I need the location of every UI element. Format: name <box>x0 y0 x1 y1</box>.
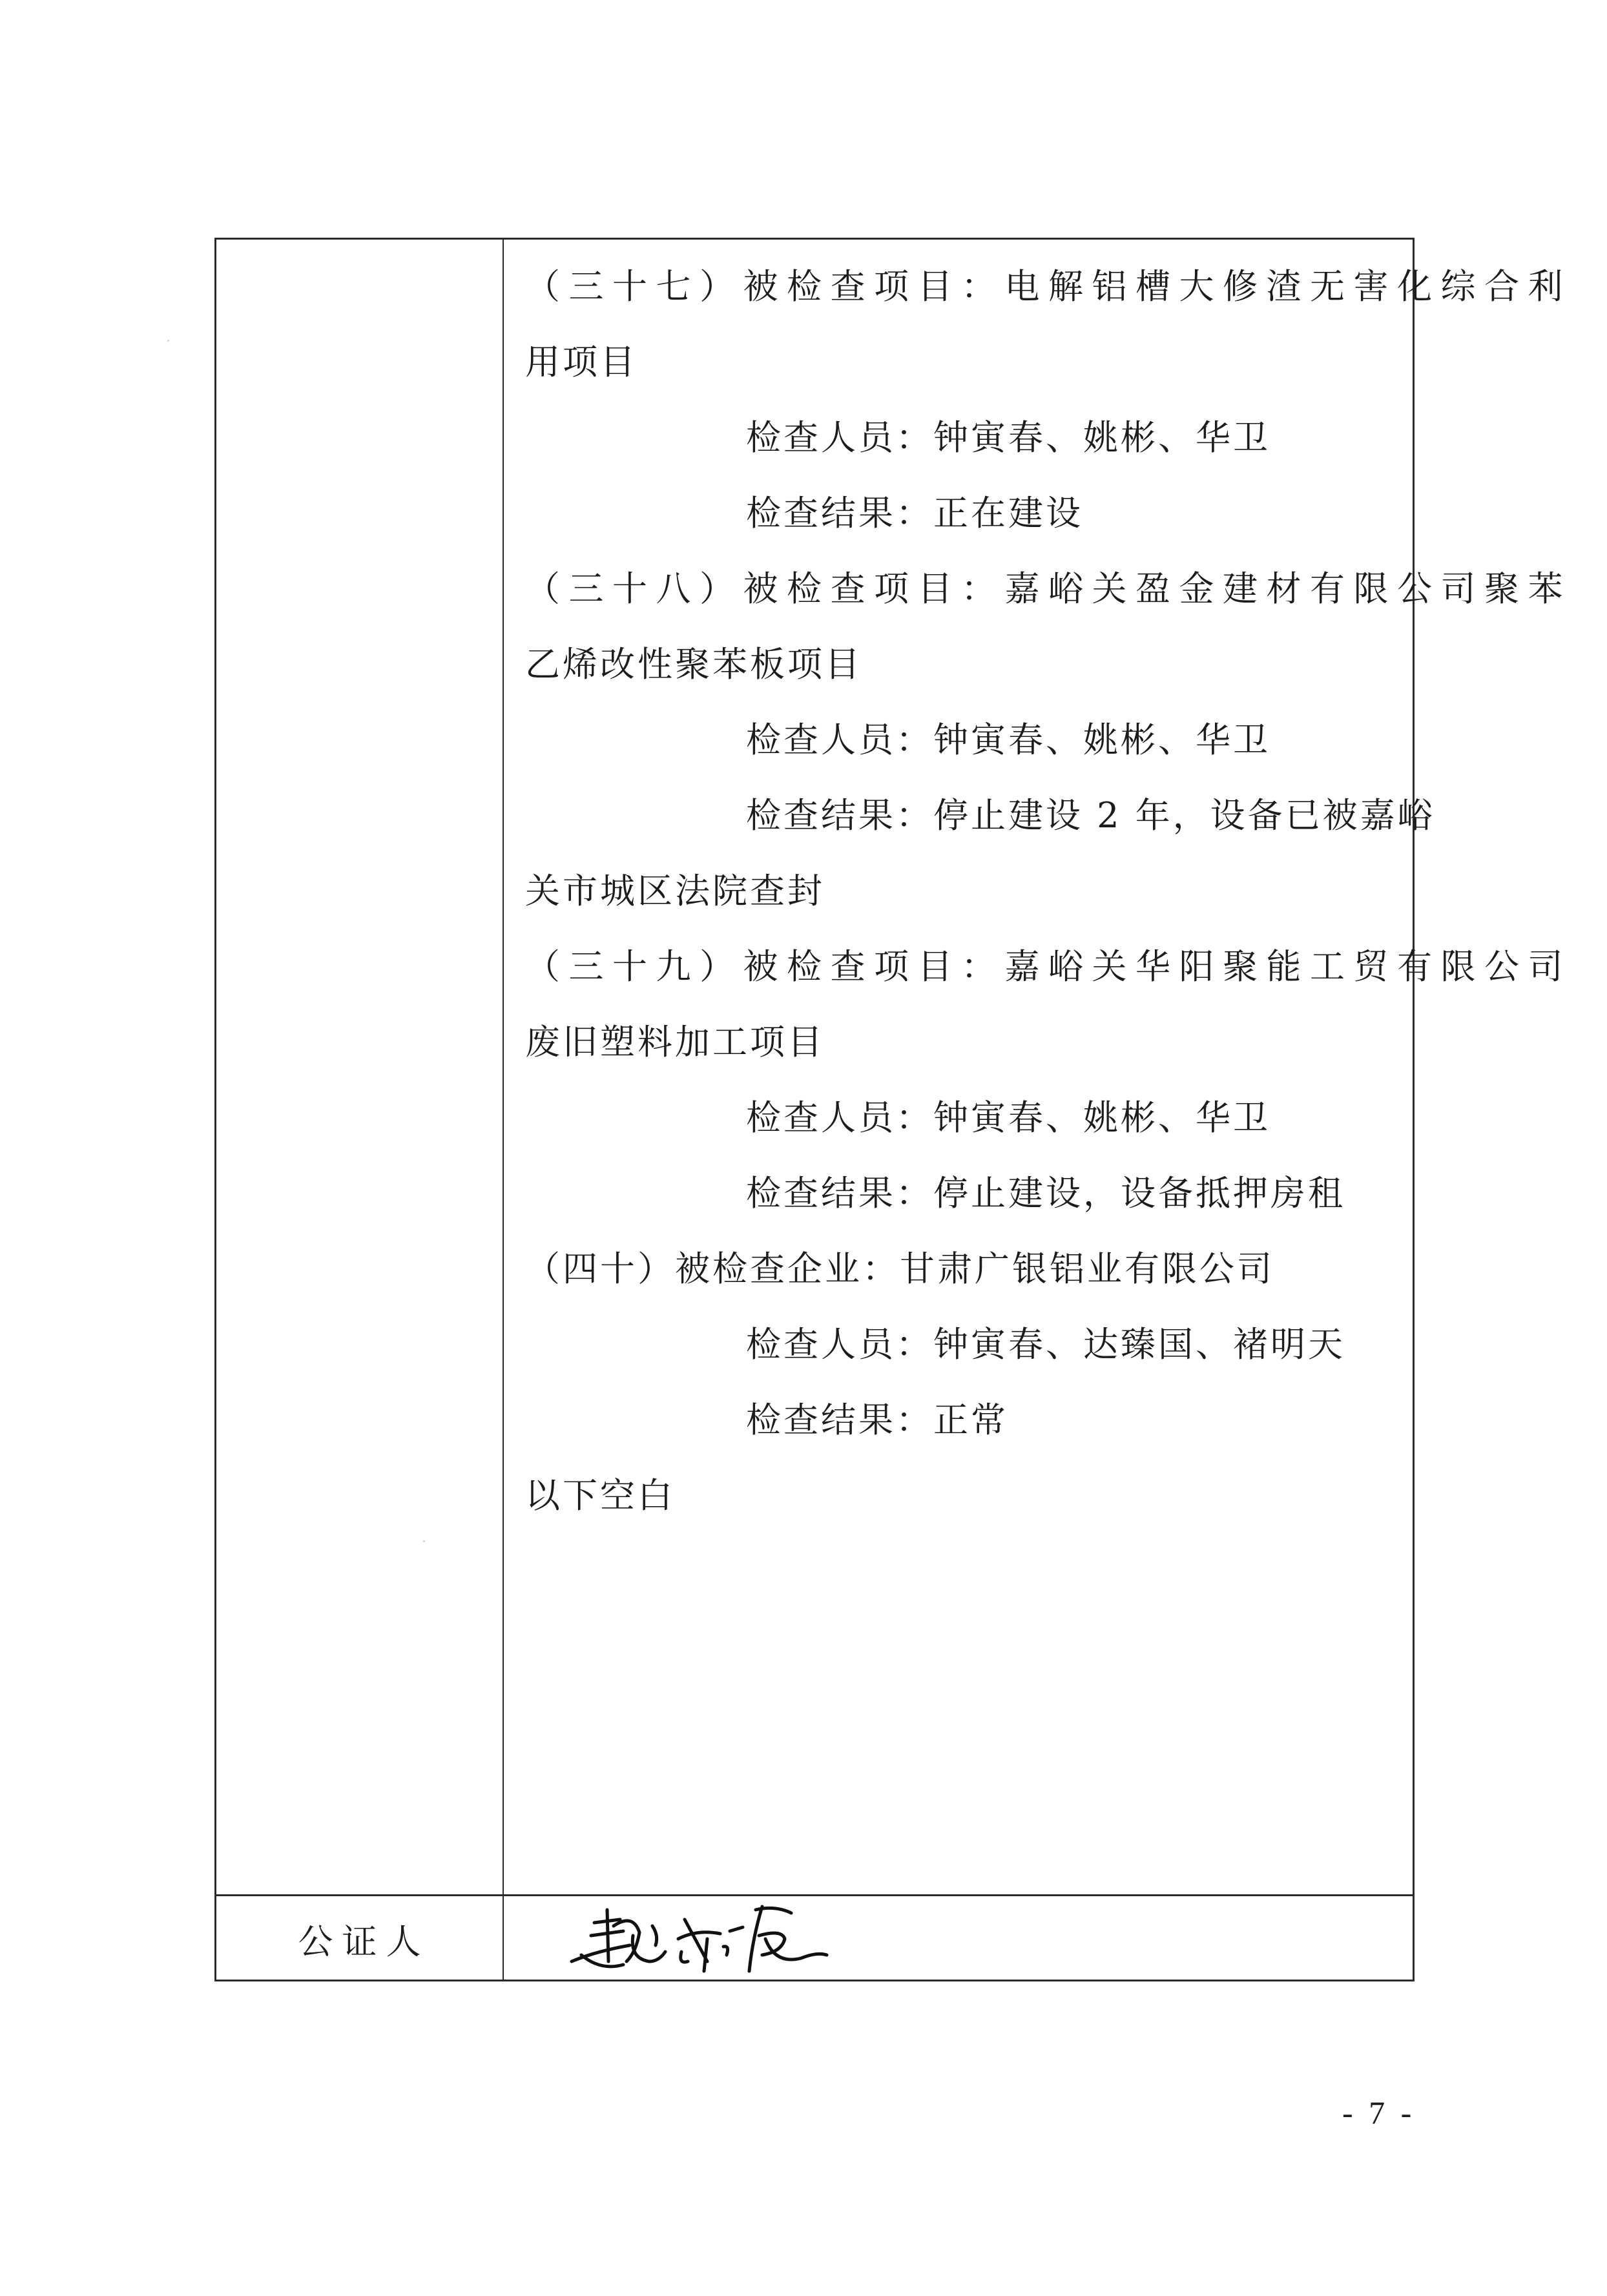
handwritten-signature: 魏东辰 <box>568 1900 840 1978</box>
scan-speck <box>167 340 169 342</box>
item-37-title-line-1: （三十七）被检查项目：电解铝槽大修渣无害化综合利 <box>525 249 1410 324</box>
inspection-text-block: （三十七）被检查项目：电解铝槽大修渣无害化综合利 用项目 检查人员：钟寅春、姚彬… <box>525 249 1410 1533</box>
item-38-title-line-2: 乙烯改性聚苯板项目 <box>525 626 1410 702</box>
item-37-title-line-2: 用项目 <box>525 324 1410 400</box>
inspection-record-table: （三十七）被检查项目：电解铝槽大修渣无害化综合利 用项目 检查人员：钟寅春、姚彬… <box>214 238 1415 1981</box>
notary-signature-cell: 魏东辰 <box>504 1896 1413 1981</box>
item-40-result: 检查结果：正常 <box>525 1382 1410 1458</box>
item-38-title-line-1: （三十八）被检查项目：嘉峪关盈金建材有限公司聚苯 <box>525 551 1410 626</box>
item-39-inspectors: 检查人员：钟寅春、姚彬、华卫 <box>525 1080 1410 1155</box>
item-40-title: （四十）被检查企业：甘肃广银铝业有限公司 <box>525 1231 1410 1307</box>
page-number: - 7 - <box>1342 2094 1415 2131</box>
item-38-result-line-2: 关市城区法院查封 <box>525 853 1410 929</box>
item-38-inspectors: 检查人员：钟寅春、姚彬、华卫 <box>525 702 1410 778</box>
inspection-content-cell: （三十七）被检查项目：电解铝槽大修渣无害化综合利 用项目 检查人员：钟寅春、姚彬… <box>504 240 1413 1894</box>
item-38-result-line-1: 检查结果：停止建设 2 年，设备已被嘉峪 <box>525 778 1410 853</box>
notary-label-cell: 公证人 <box>216 1896 503 1981</box>
item-40-inspectors: 检查人员：钟寅春、达臻国、褚明天 <box>525 1307 1410 1382</box>
notary-label: 公证人 <box>289 1914 430 1964</box>
item-37-inspectors: 检查人员：钟寅春、姚彬、华卫 <box>525 400 1410 475</box>
blank-below-note: 以下空白 <box>525 1458 1410 1533</box>
item-39-title-line-2: 废旧塑料加工项目 <box>525 1004 1410 1080</box>
item-39-title-line-1: （三十九）被检查项目：嘉峪关华阳聚能工贸有限公司 <box>525 929 1410 1004</box>
item-39-result: 检查结果：停止建设，设备抵押房租 <box>525 1155 1410 1231</box>
signature-icon <box>568 1900 840 1978</box>
document-page: （三十七）被检查项目：电解铝槽大修渣无害化综合利 用项目 检查人员：钟寅春、姚彬… <box>0 0 1607 2296</box>
item-37-result: 检查结果：正在建设 <box>525 475 1410 551</box>
